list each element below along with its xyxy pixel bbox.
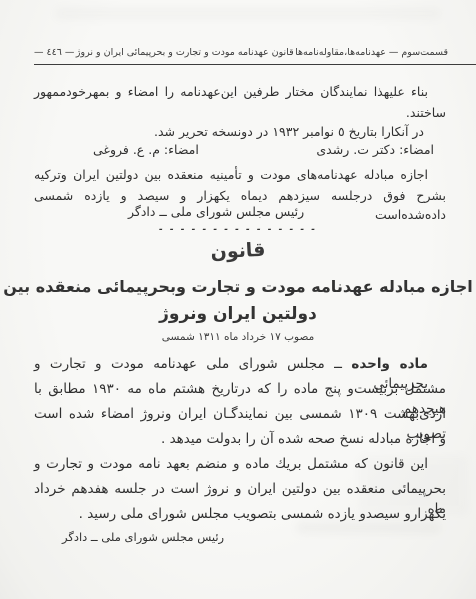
scanned-document-page: قسمت‌سوم — عهدنامه‌ها،مقاوله‌نامه‌ها قان… — [0, 0, 476, 599]
law-title-line-2: دولتین ایران ونروژ — [0, 304, 476, 324]
treaty-date-line: در آنکارا بتاریخ ٥ نوامبر ١٩٣٢ در دونسخه… — [34, 122, 446, 141]
running-head-section: قسمت‌سوم — عهدنامه‌ها،مقاوله‌نامه‌ها — [295, 47, 448, 58]
closing-line-1: این قانون که مشتمل بریك ماده و منضم بعهد… — [34, 454, 446, 474]
page-number: — ٤٤٦ — — [34, 47, 74, 58]
ratification-line-2: ساختند. — [34, 103, 446, 122]
permission-line-1: اجازه مبادله عهدنامه‌های مودت و تأمینیه … — [34, 165, 446, 184]
signature-rushdi: امضاء: دکتر ت. رشدی — [316, 142, 434, 157]
speaker-signature-middle: رئیس مجلس شورای ملی ــ دادگر — [128, 204, 304, 219]
scan-artifact-top — [55, 7, 441, 20]
closing-line-3: یکهزارو سیصدو یازده شمسی بتصویب مجلس شور… — [34, 504, 446, 524]
running-head-law-title: قانون عهدنامه مودت و تجارت و بحرپیمائی ا… — [76, 47, 294, 58]
speaker-signature-bottom: رئیس مجلس شورای ملی ــ دادگر — [62, 530, 224, 544]
approval-date-line: مصوب ١٧ خرداد ماه ١٣١١ شمسی — [0, 331, 476, 343]
law-title-line-1: اجازه مبادله عهدنامه مودت و تجارت وبحرپی… — [0, 277, 476, 296]
header-rule — [34, 64, 476, 65]
article-label: ماده واحده — [351, 356, 428, 372]
article-line-4: و اجازه مبادله نسخ صحه شده آن را بدولت م… — [34, 429, 446, 449]
signature-foroughi: امضاء: م. ع. فروغی — [93, 142, 199, 157]
running-head: قسمت‌سوم — عهدنامه‌ها،مقاوله‌نامه‌ها قان… — [34, 47, 448, 58]
ratification-line-1: بناء علیهذا نمایندگان مختار طرفین این‌عه… — [34, 82, 446, 101]
